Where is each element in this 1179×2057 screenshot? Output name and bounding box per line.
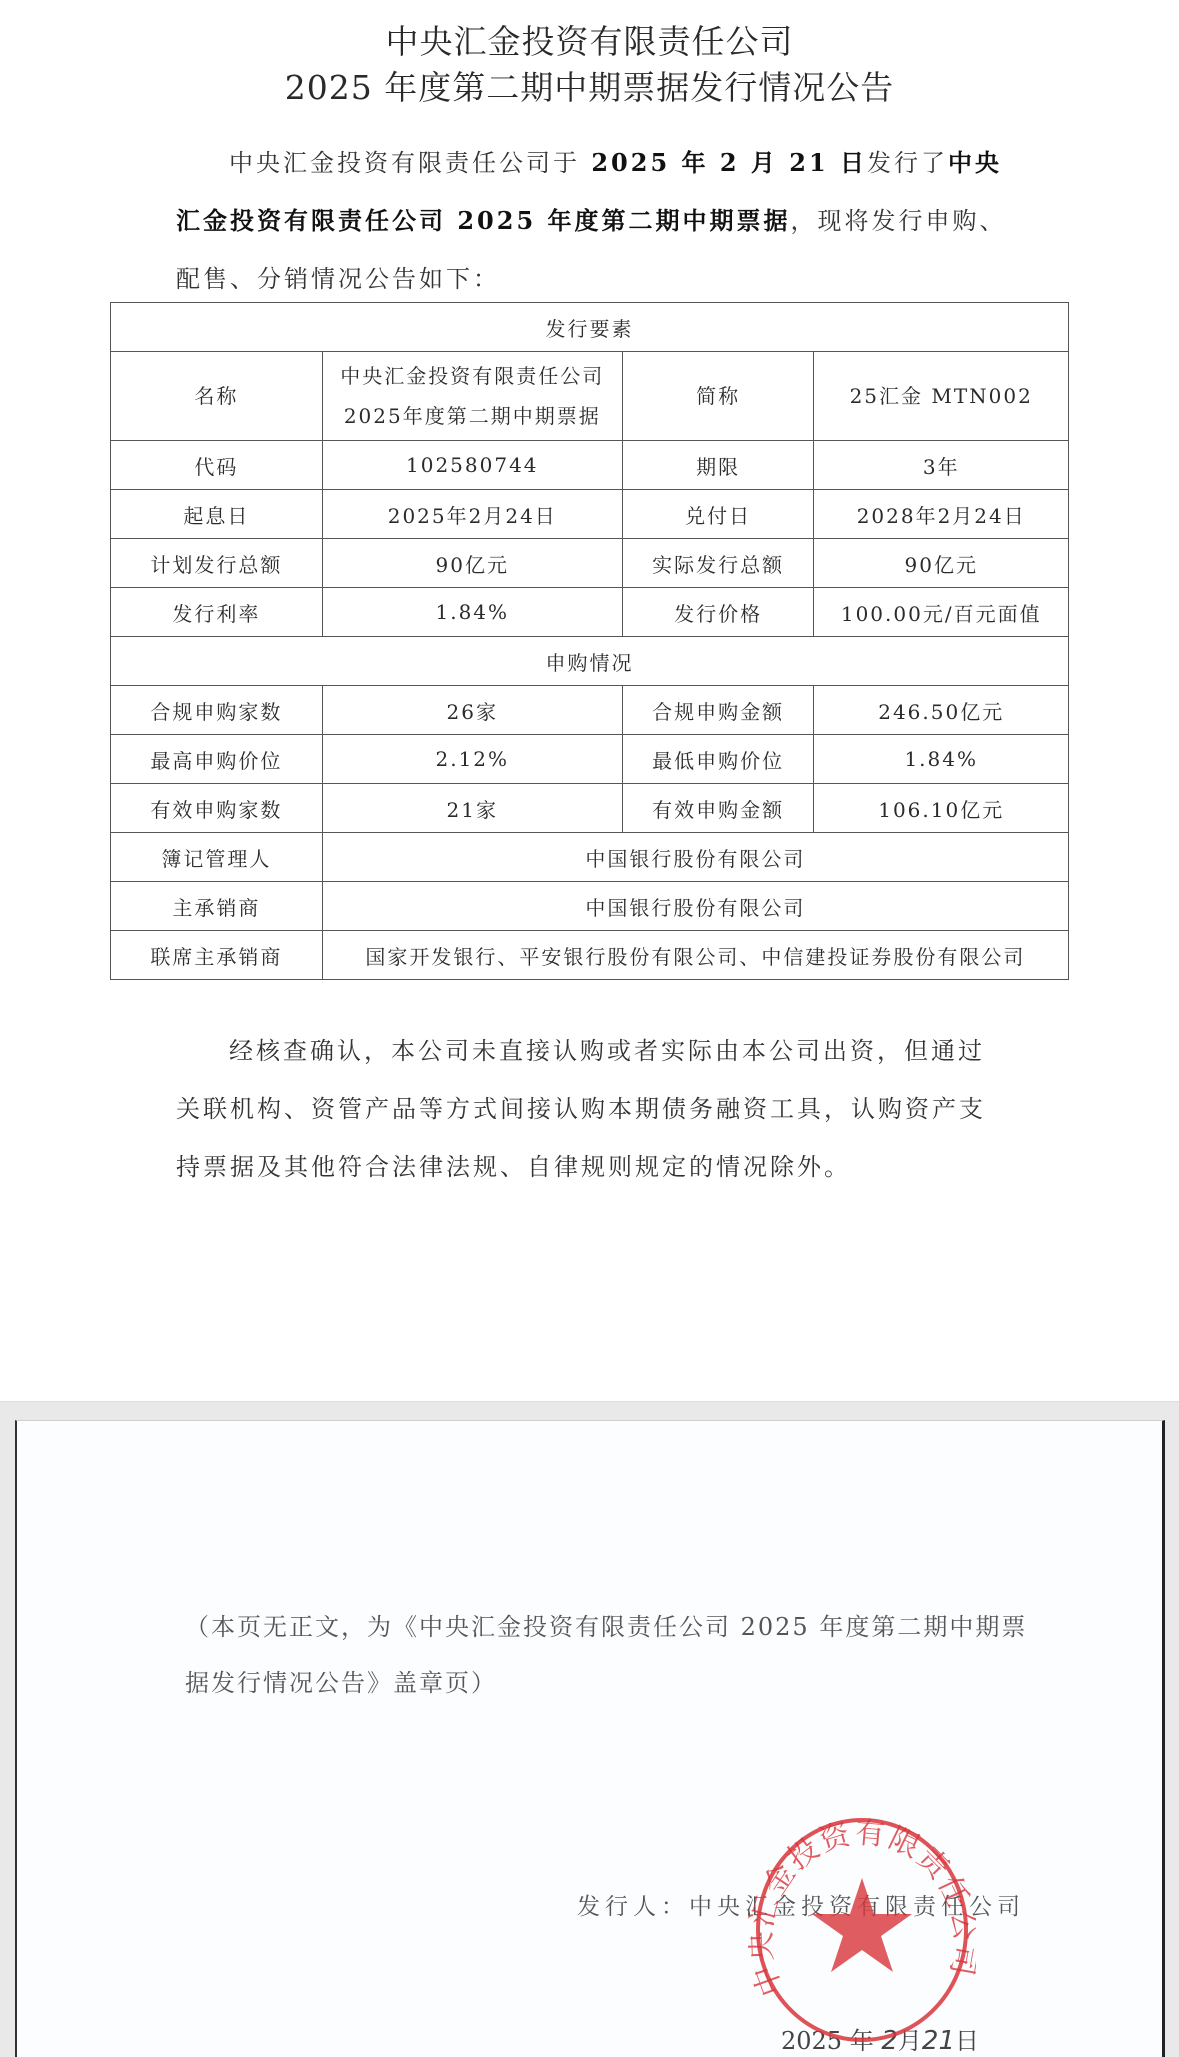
label-highest-bid: 最高申购价位: [111, 735, 323, 784]
sign-date-month-label: 月: [898, 2027, 922, 2055]
title-announcement: 2025 年度第二期中期票据发行情况公告: [0, 62, 1179, 109]
seal-page-note: （本页无正文，为《中央汇金投资有限责任公司 2025 年度第二期中期票据发行情况…: [185, 1599, 1045, 1711]
value-lead-underwriter: 中国银行股份有限公司: [322, 882, 1068, 931]
table-row: 名称 中央汇金投资有限责任公司2025年度第二期中期票据 简称 25汇金 MTN…: [111, 352, 1069, 441]
sign-date-day-label: 日: [955, 2027, 979, 2055]
label-code: 代码: [111, 441, 323, 490]
sign-date: 2025 年 2月21日: [781, 2021, 979, 2056]
table-row: 最高申购价位 2.12% 最低申购价位 1.84%: [111, 735, 1069, 784]
label-bookrunner: 簿记管理人: [111, 833, 323, 882]
sign-date-month: 2: [881, 2026, 898, 2056]
value-short-name: 25汇金 MTN002: [814, 352, 1069, 441]
sign-date-year: 2025 年: [781, 2027, 874, 2055]
label-name: 名称: [111, 352, 323, 441]
table-row: 发行利率 1.84% 发行价格 100.00元/百元面值: [111, 588, 1069, 637]
label-joint-lead-underwriters: 联席主承销商: [111, 931, 323, 980]
label-lead-underwriter: 主承销商: [111, 882, 323, 931]
value-compliant-bidders: 26家: [322, 686, 622, 735]
label-planned-amount: 计划发行总额: [111, 539, 323, 588]
label-maturity-date: 兑付日: [622, 490, 814, 539]
intro-paragraph: 中央汇金投资有限责任公司于 2025 年 2 月 21 日发行了中央汇金投资有限…: [176, 134, 1016, 308]
value-name-line2: 2025年度第二期中期票据: [327, 396, 618, 436]
label-valid-amount: 有效申购金额: [622, 784, 814, 833]
issuer-line: 发行人：中央汇金投资有限责任公司: [577, 1888, 1025, 1921]
table-row: 有效申购家数 21家 有效申购金额 106.10亿元: [111, 784, 1069, 833]
value-name-line1: 中央汇金投资有限责任公司: [327, 356, 618, 396]
value-compliant-amount: 246.50亿元: [814, 686, 1069, 735]
value-actual-amount: 90亿元: [814, 539, 1069, 588]
issuer-label: 发行人：: [577, 1894, 689, 1920]
table-row: 代码 102580744 期限 3年: [111, 441, 1069, 490]
intro-text-1: 中央汇金投资有限责任公司于: [229, 149, 580, 177]
table-row: 计划发行总额 90亿元 实际发行总额 90亿元: [111, 539, 1069, 588]
label-actual-amount: 实际发行总额: [622, 539, 814, 588]
issuance-table: 发行要素 名称 中央汇金投资有限责任公司2025年度第二期中期票据 简称 25汇…: [110, 302, 1069, 980]
section-header-subscription: 申购情况: [111, 637, 1069, 686]
table-row: 起息日 2025年2月24日 兑付日 2028年2月24日: [111, 490, 1069, 539]
issue-date: 2025 年 2 月 21 日: [580, 148, 867, 177]
label-value-date: 起息日: [111, 490, 323, 539]
value-issue-price: 100.00元/百元面值: [814, 588, 1069, 637]
confirmation-paragraph: 经核查确认，本公司未直接认购或者实际由本公司出资，但通过关联机构、资管产品等方式…: [176, 1022, 996, 1196]
value-term: 3年: [814, 441, 1069, 490]
value-valid-amount: 106.10亿元: [814, 784, 1069, 833]
value-code: 102580744: [322, 441, 622, 490]
value-lowest-bid: 1.84%: [814, 735, 1069, 784]
label-issue-price: 发行价格: [622, 588, 814, 637]
value-highest-bid: 2.12%: [322, 735, 622, 784]
label-compliant-bidders: 合规申购家数: [111, 686, 323, 735]
value-bookrunner: 中国银行股份有限公司: [322, 833, 1068, 882]
value-maturity-date: 2028年2月24日: [814, 490, 1069, 539]
label-coupon-rate: 发行利率: [111, 588, 323, 637]
label-valid-bidders: 有效申购家数: [111, 784, 323, 833]
value-joint-lead-underwriters: 国家开发银行、平安银行股份有限公司、中信建投证券股份有限公司: [322, 931, 1068, 980]
label-lowest-bid: 最低申购价位: [622, 735, 814, 784]
value-name: 中央汇金投资有限责任公司2025年度第二期中期票据: [322, 352, 622, 441]
label-short-name: 简称: [622, 352, 814, 441]
issuer-name: 中央汇金投资有限责任公司: [689, 1894, 1025, 1920]
value-coupon-rate: 1.84%: [322, 588, 622, 637]
sign-date-day: 21: [922, 2026, 955, 2056]
section-header-issue: 发行要素: [111, 303, 1069, 352]
title-company: 中央汇金投资有限责任公司: [0, 16, 1179, 63]
table-row: 联席主承销商 国家开发银行、平安银行股份有限公司、中信建投证券股份有限公司: [111, 931, 1069, 980]
value-valid-bidders: 21家: [322, 784, 622, 833]
value-planned-amount: 90亿元: [322, 539, 622, 588]
intro-text-2: 发行了: [867, 149, 948, 177]
table-row: 主承销商 中国银行股份有限公司: [111, 882, 1069, 931]
label-compliant-amount: 合规申购金额: [622, 686, 814, 735]
table-row: 合规申购家数 26家 合规申购金额 246.50亿元: [111, 686, 1069, 735]
label-term: 期限: [622, 441, 814, 490]
announcement-page-2-seal-page: （本页无正文，为《中央汇金投资有限责任公司 2025 年度第二期中期票据发行情况…: [15, 1420, 1165, 2057]
announcement-page-1: 中央汇金投资有限责任公司 2025 年度第二期中期票据发行情况公告 中央汇金投资…: [0, 0, 1179, 1402]
value-value-date: 2025年2月24日: [322, 490, 622, 539]
table-row: 簿记管理人 中国银行股份有限公司: [111, 833, 1069, 882]
